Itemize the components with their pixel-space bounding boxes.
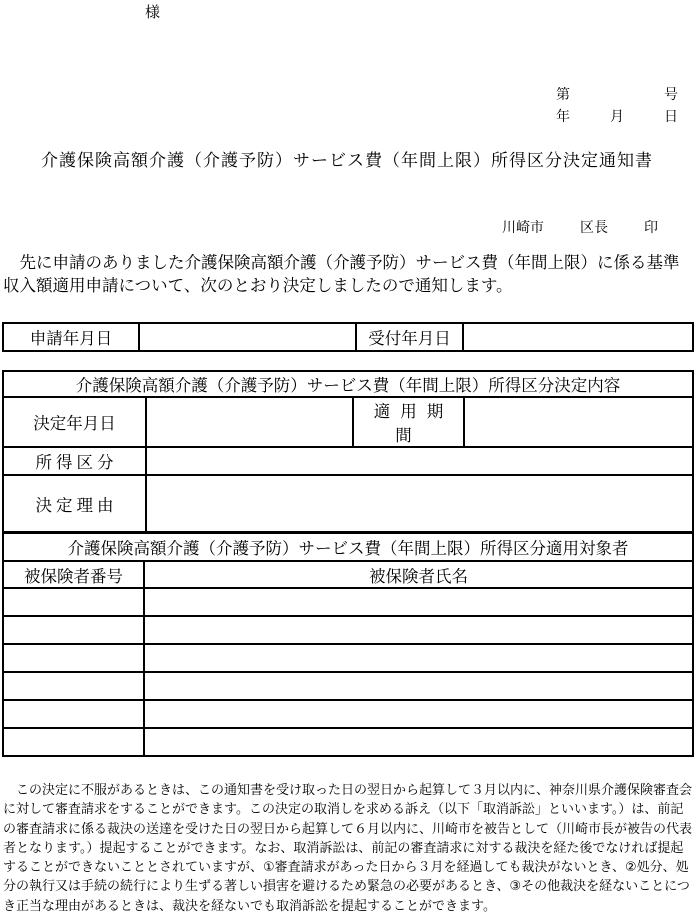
insured-name-cell[interactable] [144,616,693,644]
application-date-label: 申請年月日 [3,323,139,351]
decision-table-title: 介護保険高額介護（介護予防）サービス費（年間上限）所得区分決定内容 [3,371,693,397]
insured-number-cell[interactable] [3,672,144,700]
reception-date-label: 受付年月日 [356,323,463,351]
period-label: 適用期間 [353,397,464,447]
date-day-label: 日 [664,106,678,126]
issuer-role: 区長 [580,217,608,237]
insured-row [3,588,693,616]
issuer-seal-mark: 印 [644,217,658,237]
insured-number-cell[interactable] [3,644,144,672]
insured-number-cell[interactable] [3,616,144,644]
notice-document: 様 第 号 年 月 日 介護保険高額介護（介護予防）サービス費（年間上限）所得区… [0,0,694,913]
insured-row [3,672,693,700]
insured-name-cell[interactable] [144,728,693,756]
insured-name-cell[interactable] [144,672,693,700]
income-category-field[interactable] [146,447,693,475]
date-month-label: 月 [610,106,624,126]
application-date-row: 申請年月日 受付年月日 [3,323,693,351]
insured-name-cell[interactable] [144,588,693,616]
document-number-line: 第 号 [556,84,678,104]
application-date-field[interactable] [139,323,356,351]
income-category-row: 所得区分 [3,447,693,475]
decision-reason-field[interactable] [146,475,693,532]
applicable-persons-table: 介護保険高額介護（介護予防）サービス費（年間上限）所得区分適用対象者 被保険者番… [2,532,694,757]
insured-name-cell[interactable] [144,700,693,728]
insured-number-header: 被保険者番号 [3,561,144,588]
document-title: 介護保険高額介護（介護予防）サービス費（年間上限）所得区分決定通知書 [0,146,694,171]
insured-name-header: 被保険者氏名 [144,561,693,588]
income-category-label: 所得区分 [3,447,146,475]
application-date-table: 申請年月日 受付年月日 [2,322,694,352]
reception-date-field[interactable] [463,323,693,351]
recipient-honorific: 様 [145,1,160,22]
insured-row [3,728,693,756]
target-table-column-header-row: 被保険者番号 被保険者氏名 [3,561,693,588]
decision-date-row: 決定年月日 適用期間 [3,397,693,447]
decision-reason-label: 決定理由 [3,475,146,532]
decision-content-table: 介護保険高額介護（介護予防）サービス費（年間上限）所得区分決定内容 決定年月日 … [2,370,694,533]
doc-number-suffix: 号 [664,84,678,104]
issuer-line: 川崎市 区長 印 [502,217,658,237]
decision-reason-row: 決定理由 [3,475,693,532]
date-line: 年 月 日 [556,106,678,126]
insured-row [3,616,693,644]
insured-number-cell[interactable] [3,588,144,616]
decision-date-label: 決定年月日 [3,397,146,447]
issuer-city: 川崎市 [502,217,544,237]
insured-row [3,644,693,672]
period-field[interactable] [464,397,693,447]
insured-number-cell[interactable] [3,728,144,756]
appeal-rights-paragraph: この決定に不服があるときは、この通知書を受け取った日の翌日から起算して３月以内に… [3,781,694,913]
insured-name-cell[interactable] [144,644,693,672]
date-year-label: 年 [556,106,570,126]
insured-row [3,700,693,728]
doc-number-prefix: 第 [556,84,570,104]
target-table-header-row: 介護保険高額介護（介護予防）サービス費（年間上限）所得区分適用対象者 [3,533,693,561]
body-paragraph: 先に申請のありました介護保険高額介護（介護予防）サービス費（年間上限）に係る基準… [3,251,694,297]
decision-date-field[interactable] [146,397,353,447]
insured-number-cell[interactable] [3,700,144,728]
decision-table-header-row: 介護保険高額介護（介護予防）サービス費（年間上限）所得区分決定内容 [3,371,693,397]
target-table-title: 介護保険高額介護（介護予防）サービス費（年間上限）所得区分適用対象者 [3,533,693,561]
